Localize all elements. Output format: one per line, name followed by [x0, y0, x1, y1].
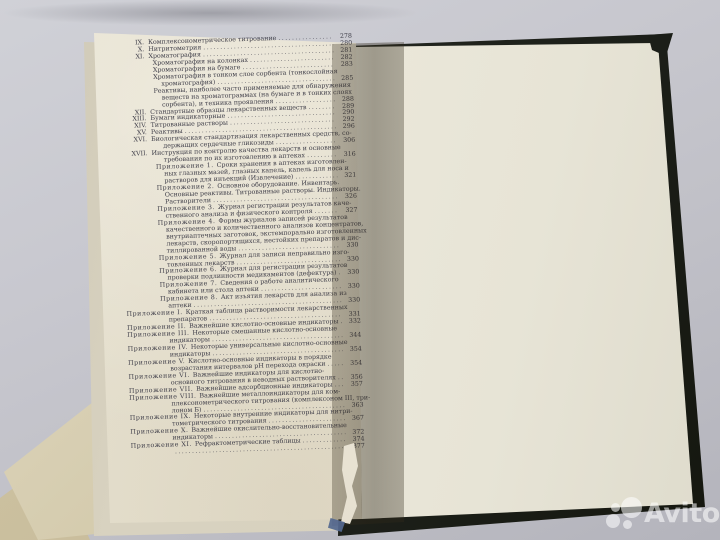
toc: IX.Комплексонометрическое титрование278X…	[118, 34, 365, 458]
photo-of-open-book: IX.Комплексонометрическое титрование278X…	[0, 0, 720, 540]
avito-logo-circle	[623, 520, 632, 529]
book-shadow	[0, 0, 420, 26]
toc-roman-numeral: XVI.	[121, 137, 147, 145]
toc-roman-numeral: XI.	[118, 54, 144, 62]
avito-logo-circle	[606, 514, 620, 528]
avito-logo-circle	[611, 503, 620, 512]
avito-watermark: Avito	[604, 492, 720, 538]
avito-logo-circle	[621, 497, 642, 518]
toc-roman-numeral: XVII.	[121, 151, 147, 159]
watermark-label: Avito	[644, 498, 720, 529]
avito-logo-icon	[604, 496, 644, 534]
